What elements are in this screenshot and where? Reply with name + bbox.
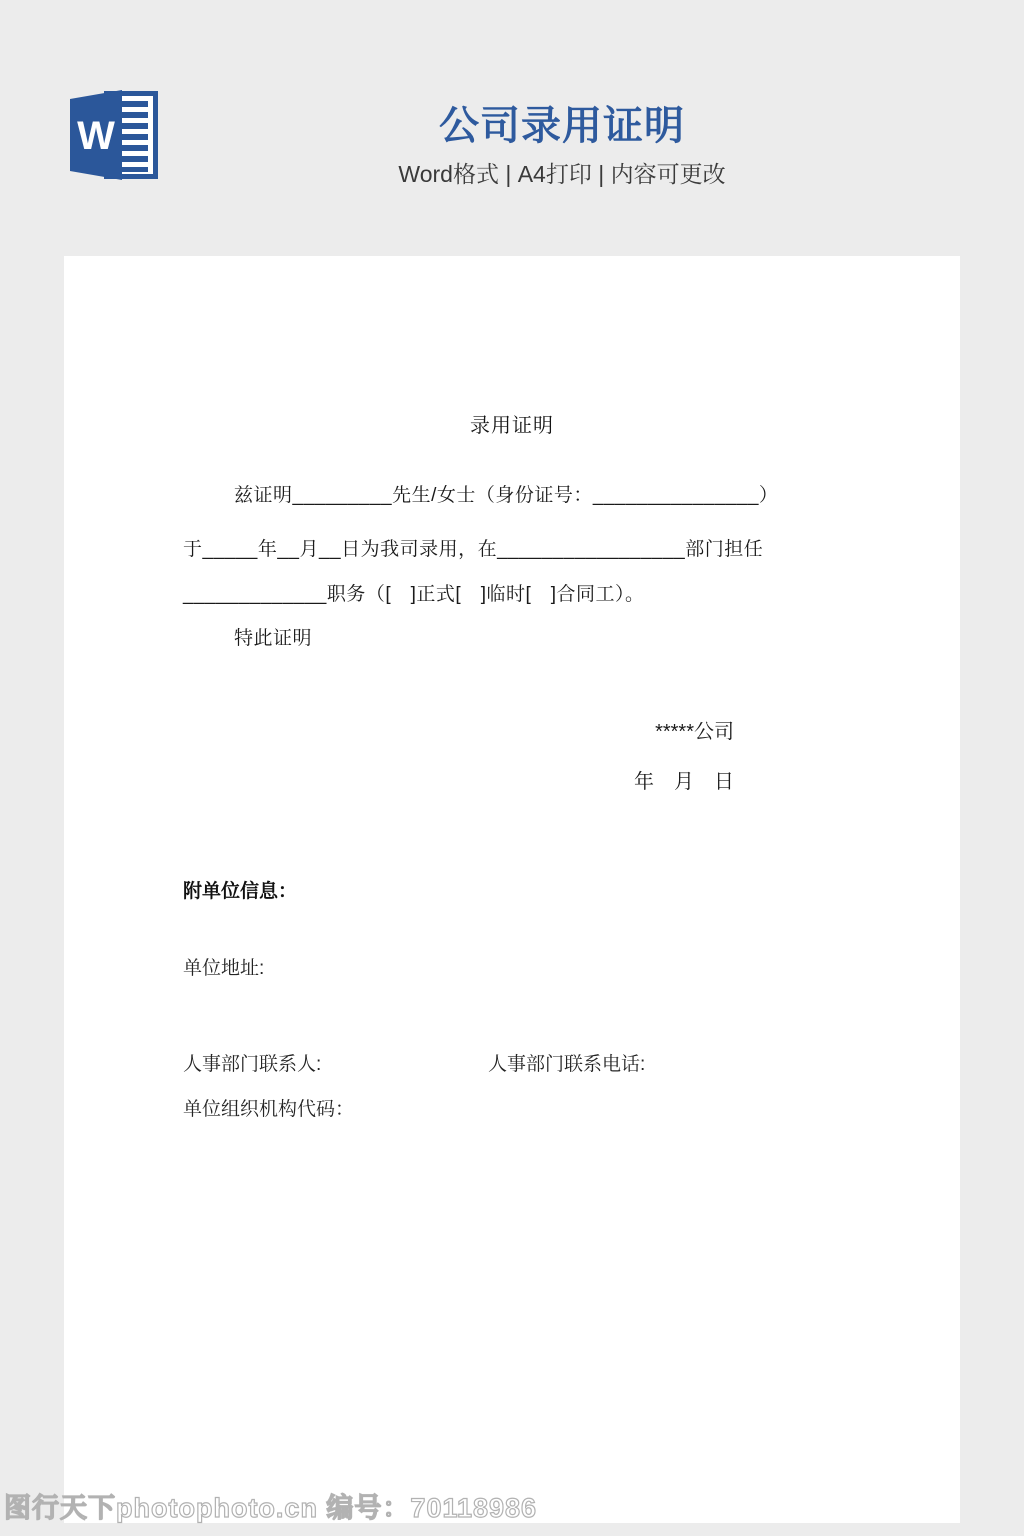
page-subtitle: Word格式 | A4打印 | 内容可更改	[100, 156, 1024, 189]
document-paper: 录用证明 兹证明_________先生/女士（身份证号：____________…	[64, 256, 960, 1523]
hr-phone-label: 人事部门联系电话:	[488, 1049, 645, 1076]
address-label: 单位地址:	[183, 953, 264, 980]
document-line-3: _____________职务（[ ]正式[ ]临时[ ]合同工）。	[183, 579, 645, 606]
document-line-2: 于_____年__月__日为我司录用，在_________________部门担…	[183, 534, 763, 561]
document-line-1: 兹证明_________先生/女士（身份证号：_______________）	[234, 480, 778, 507]
header: W 公司录用证明 Word格式 | A4打印 | 内容可更改	[0, 0, 1024, 256]
watermark-text: 图行天下photophoto.cn 编号：70118986	[4, 1486, 537, 1525]
info-heading: 附单位信息：	[183, 876, 297, 903]
org-code-label: 单位组织机构代码：	[183, 1094, 354, 1121]
signature-block: *****公司 年 月 日	[64, 715, 734, 794]
hr-contact-label: 人事部门联系人:	[183, 1049, 321, 1076]
signature-date: 年 月 日	[64, 765, 734, 794]
document-title: 录用证明	[64, 409, 960, 438]
signature-company: *****公司	[64, 715, 734, 744]
document-line-4: 特此证明	[234, 623, 312, 650]
page-title: 公司录用证明	[100, 94, 1024, 151]
template-preview-page: W 公司录用证明 Word格式 | A4打印 | 内容可更改 录用证明 兹证明_…	[0, 0, 1024, 1536]
